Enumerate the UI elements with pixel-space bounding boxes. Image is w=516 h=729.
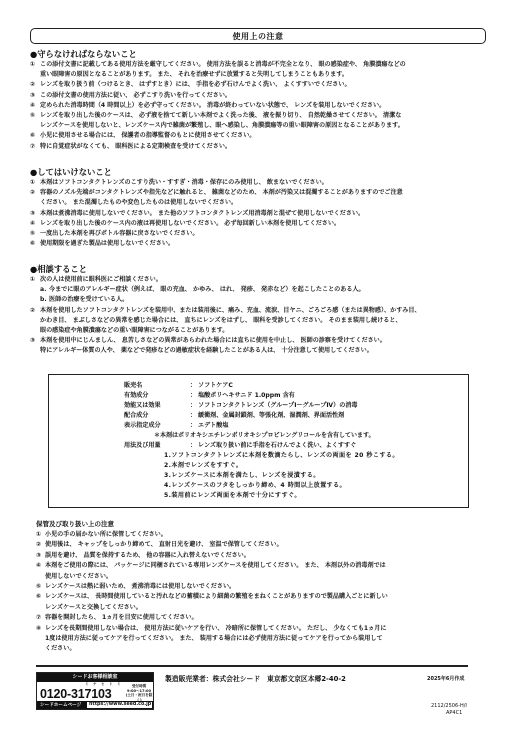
list-item-cont: 1度は使用方法に従ってケアを行ってください。 また、 装用する場合には必ず使用方… xyxy=(36,634,476,644)
list-item-cont: 眼の感染症や角膜潰瘍などの重い眼障害につながることがあります。 xyxy=(30,326,490,336)
list-item-cont: 重い眼障害の原因となることがあります。 また、 それを治療せずに放置すると失明し… xyxy=(30,70,490,80)
list-item: ⑦特に自覚症状がなくても、 眼科医による定期検査を受けてください。 xyxy=(30,142,490,152)
list-item: ①小児の手の届かない所に保管してください。 xyxy=(36,530,476,540)
list-item: ⑤レンズケースは熱に弱いため、 煮沸消毒には使用しないでください。 xyxy=(36,582,476,592)
homepage-label: シードホームページ xyxy=(37,702,87,708)
section-heading: ●守らなければならないこと xyxy=(30,48,490,60)
list-item: ②レンズを取り扱う前（つけるとき、 はずすとき）には、 手指を必ず石けんでよく洗… xyxy=(30,80,490,90)
footer-divider xyxy=(36,665,468,667)
list-item: ⑥小児に使用させる場合には、 保護者の指導監督のもとに使用させてください。 xyxy=(30,131,490,141)
doc-code: 2112/2506-H/I xyxy=(431,703,467,709)
list-item: ②本剤を使用したソフトコンタクトレンズを装用中、または装用後に、痛み、充血、流涙… xyxy=(30,306,490,316)
usage-step: 1.ソフトコンタクトレンズに本剤を数滴たらし、レンズの両面を 20 秒こする。 xyxy=(164,451,399,461)
list-item: ③誤用を避け、 品質を保持するため、 他の容器に入れ替えないでください。 xyxy=(36,551,476,561)
contact-title: シードお客様相談室 xyxy=(37,673,153,682)
usage-step: 2.本剤でレンズをすすぐ。 xyxy=(164,461,242,471)
list-item: ③この添付文書の使用方法に従い、 必ずこすり洗いを行ってください。 xyxy=(30,91,490,101)
customer-contact-box: シードお客様相談室 ミナヒトミ 0120-317103 受付時間 9:00～17… xyxy=(36,672,154,710)
list-item: ①この添付文書に記載してある使用方法を厳守してください。 使用方法を誤ると消毒が… xyxy=(30,60,490,70)
instruction-leaflet: 使用上の注意 ●守らなければならないこと ①この添付文書に記載してある使用方法を… xyxy=(0,0,516,729)
business-hours: 受付時間 9:00～17:00 (土日・祝日を除く) xyxy=(125,684,153,702)
usage-step: 5.装用前にレンズ両面を本剤で十分にすすぐ。 xyxy=(164,491,301,501)
section-heading: 保管及び取り扱い上の注意 xyxy=(36,518,476,530)
list-item: ③本剤を使用中にじんましん、 息苦しさなどの異常があらわれた場合には直ちに使用を… xyxy=(30,336,490,346)
list-item-cont: レンズケースを使用しないと、レンズケース内で雑菌が繁殖し、眼へ感染し、角膜潰瘍等… xyxy=(30,121,490,131)
list-item: ①次の人は使用前に眼科医にご相談ください。 xyxy=(30,275,490,285)
list-item: ⑥レンズケースは、 長時間使用していると汚れなどの蓄積により細菌の繁殖をまねくこ… xyxy=(36,592,476,602)
section-heading: ●してはいけないこと xyxy=(30,166,490,178)
info-row-name: 販売名：ソフトケアC xyxy=(124,381,233,391)
list-item: ⑦容器を開封したら、 1ヵ月を目安に使用してください。 xyxy=(36,613,476,623)
sub-item: b.医師の治療を受けている人。 xyxy=(30,295,490,305)
manufacturer-info: 製造販売業者：株式会社シード 東京都文京区本郷2-40-2 xyxy=(165,673,346,683)
created-date: 2025年6月作成 xyxy=(427,675,464,682)
page-title: 使用上の注意 xyxy=(30,28,486,44)
list-item: ①本剤はソフトコンタクトレンズのこすり洗い・すすぎ・消毒・保存にのみ使用し、 飲… xyxy=(30,178,490,188)
list-item-cont: ください。 xyxy=(36,644,476,654)
list-item-cont: 特にアレルギー体質の人や、 薬などで発疹などの過敏症状を経験したことがある人は、… xyxy=(30,346,490,356)
info-row-designated: 表示指定成分：エデト酸塩 xyxy=(124,421,228,431)
section-consult: ●相談すること ①次の人は使用前に眼科医にご相談ください。 a.今までに眼のアレ… xyxy=(30,263,490,357)
list-item: ②容器のノズル先端がコンタクトレンズや指先などに触れると、 雑菌などのため、 本… xyxy=(30,188,490,198)
list-item: ④レンズを取り出した後のケース内の液は再使用しないでください。 必ず毎回新しい本… xyxy=(30,219,490,229)
list-item-cont: レンズケースと交換してください。 xyxy=(36,603,476,613)
list-item-cont: ください。 また混濁したものや変色したものは使用しないでください。 xyxy=(30,198,490,208)
list-item: ④定められた消毒時間（4 時間以上）を必ず守ってください。 消毒が終わっていない… xyxy=(30,101,490,111)
list-item: ③本剤は煮沸消毒に使用しないでください。 また他のソフトコンタクトレンズ用消毒剤… xyxy=(30,209,490,219)
list-item: ⑤一度出した本剤を再びボトル容器に戻さないでください。 xyxy=(30,229,490,239)
sub-item: a.今までに眼のアレルギー症状（例えば、 眼の充血、 かゆみ、 はれ、 発疹、 … xyxy=(30,285,490,295)
section-must-not: ●してはいけないこと ①本剤はソフトコンタクトレンズのこすり洗い・すすぎ・消毒・… xyxy=(30,166,490,249)
list-item-cont: 使用しないでください。 xyxy=(36,572,476,582)
section-heading: ●相談すること xyxy=(30,263,490,275)
list-item: ②使用後は、 キャップをしっかり締めて、 直射日光を避け、 室温で保管してくださ… xyxy=(36,540,476,550)
list-item: ④本剤をご使用の際には、 パッケージに同梱されている専用レンズケースを使用してく… xyxy=(36,561,476,571)
product-info-box: 販売名：ソフトケアC 有効成分：塩酸ポリヘキサニド 1.0ppm 含有 効能又は… xyxy=(48,374,469,508)
list-item: ⑥使用期限を過ぎた製品は使用しないでください。 xyxy=(30,239,490,249)
phone-number[interactable]: 0120-317103 xyxy=(40,687,111,701)
contact-phone-area: ミナヒトミ 0120-317103 受付時間 9:00～17:00 (土日・祝日… xyxy=(37,682,153,701)
doc-code-2: AP4C1 xyxy=(446,710,462,716)
info-row-usage: 用法及び用量：レンズ取り扱い前に手指を石けんでよく洗い、よくすすぐ xyxy=(124,441,356,451)
info-row-active: 有効成分：塩酸ポリヘキサニド 1.0ppm 含有 xyxy=(124,391,295,401)
homepage-link[interactable]: https://www.seed.co.jp xyxy=(87,702,152,708)
info-note: ＊本剤はポリオキシエチレンポリオキシプロピレングリコールを含有しています。 xyxy=(154,431,375,441)
list-item: ⑧レンズを長期間使用しない場合は、 使用方法に従いケアを行い、 冷暗所に保管して… xyxy=(36,624,476,634)
usage-step: 3.レンズケースに本剤を満たし、レンズを浸漬する。 xyxy=(164,471,320,481)
info-row-effect: 効能又は効果：ソフトコンタクトレンズ（グループⅠ～グループⅣ）の消毒 xyxy=(124,401,358,411)
info-row-ingredients: 配合成分：緩衝剤、金属封鎖剤、等張化剤、湿潤剤、界面活性剤 xyxy=(124,411,344,421)
section-must-do: ●守らなければならないこと ①この添付文書に記載してある使用方法を厳守してくださ… xyxy=(30,48,490,152)
section-storage: 保管及び取り扱い上の注意 ①小児の手の届かない所に保管してください。 ②使用後は… xyxy=(36,518,476,655)
list-item: ⑤レンズを取り出した後のケースは、 必ず液を捨てて新しい本剤でよく洗った後、 液… xyxy=(30,111,490,121)
usage-step: 4.レンズケースのフタをしっかり締め、4 時間以上放置する。 xyxy=(164,481,346,491)
list-item-cont: かわき目、 まぶしさなどの異常を感じた場合には、 直ちにレンズをはずし、 眼科を… xyxy=(30,316,490,326)
